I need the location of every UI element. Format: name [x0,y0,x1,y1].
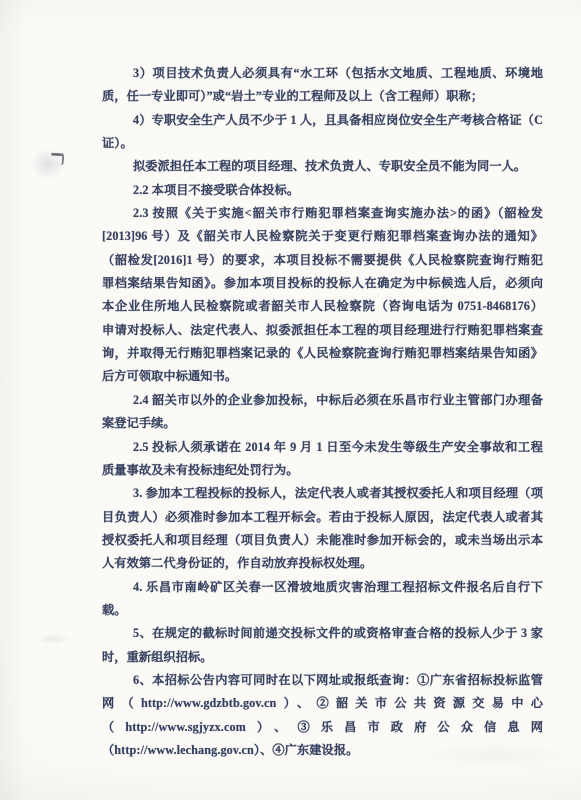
document-line: 后方可领取中标通知书。 [102,365,543,388]
document-line: 6、本招标公告内容可同时在以下网址或报纸查询：①广东省招标投标监管 [102,669,543,692]
document-line: 授权委托人和项目经理（项目负责人）未能准时参加开标会的，或未当场出示本 [102,529,543,552]
document-line: 3. 参加本工程投标的投标人，法定代表人或者其授权委托人和项目经理（项 [102,482,543,505]
scan-smudge-2 [36,633,70,645]
scanned-document-page: 3）项目技术负责人必须具有“水工环（包括水文地质、工程地质、环境地质，任一专业即… [0,0,581,800]
document-line: 询，并取得无行贿犯罪档案记录的《人民检察院查询行贿犯罪档案结果告知函》 [102,342,543,365]
document-line: （韶检发[2016]1 号）的要求，本项目投标不需要提供《人民检察院查询行贿犯 [102,249,543,272]
document-line: 5、在规定的截标时间前递交投标文件的或资格审查合格的投标人少于 3 家 [102,622,543,645]
document-line: 时，重新组织招标。 [102,646,543,669]
document-line: 拟委派担任本工程的项目经理、技术负责人、专职安全员不能为同一人。 [102,155,543,178]
document-line: 目负责人）必须准时参加本工程开标会。若由于投标人原因，法定代表人或者其 [102,506,543,529]
document-line: 罪档案结果告知函》。参加本项目投标的投标人在确定为中标候选人后，必须向 [102,272,543,295]
document-line: 质，任一专业即可）”或“岩土”专业的工程师及以上（含工程师）职称； [102,85,543,108]
document-line: 质量事故及未有投标违纪处罚行为。 [102,459,543,482]
document-line: 3）项目技术负责人必须具有“水工环（包括水文地质、工程地质、环境地 [102,62,543,85]
document-line: （http://www.sgjyzx.com）、③乐昌市政府公众信息网 [102,716,543,739]
document-line: 载。 [102,599,543,622]
document-line: （http://www.lechang.gov.cn）、④广东建设报。 [102,739,543,762]
document-line: 2.4 韶关市以外的企业参加投标，中标后必须在乐昌市行业主管部门办理备 [102,389,543,412]
document-line: 案登记手续。 [102,412,543,435]
document-line: 4）专职安全生产人员不少于 1 人，且具备相应岗位安全生产考核合格证（C [102,109,543,132]
document-line: 2.3 按照《关于实施<韶关市行贿犯罪档案查询实施办法>的函》（韶检发 [102,202,543,225]
document-line: 证）。 [102,132,543,155]
document-line: 4. 乐昌市南岭矿区关春一区滑坡地质灾害治理工程招标文件报名后自行下 [102,576,543,599]
document-line: 2.2 本项目不接受联合体投标。 [102,179,543,202]
document-line: 申请对投标人、法定代表人、拟委派担任本工程的项目经理进行行贿犯罪档案查 [102,319,543,342]
document-line: [2013]96 号）及《韶关市人民检察院关于变更行贿犯罪档案查询办法的通知》 [102,225,543,248]
document-line: 本企业住所地人民检察院或者韶关市人民检察院（咨询电话为 0751-8468176… [102,295,543,318]
document-text-column: 3）项目技术负责人必须具有“水工环（包括水文地质、工程地质、环境地质，任一专业即… [102,62,543,762]
document-line: 网（http://www.gdzbtb.gov.cn）、②韶关市公共资源交易中心 [102,692,543,715]
scan-ink-mark [51,153,65,166]
document-line: 人有效第二代身份证的，作自动放弃投标权处理。 [102,552,543,575]
document-line: 2.5 投标人须承诺在 2014 年 9 月 1 日至今未发生等级生产安全事故和… [102,436,543,459]
